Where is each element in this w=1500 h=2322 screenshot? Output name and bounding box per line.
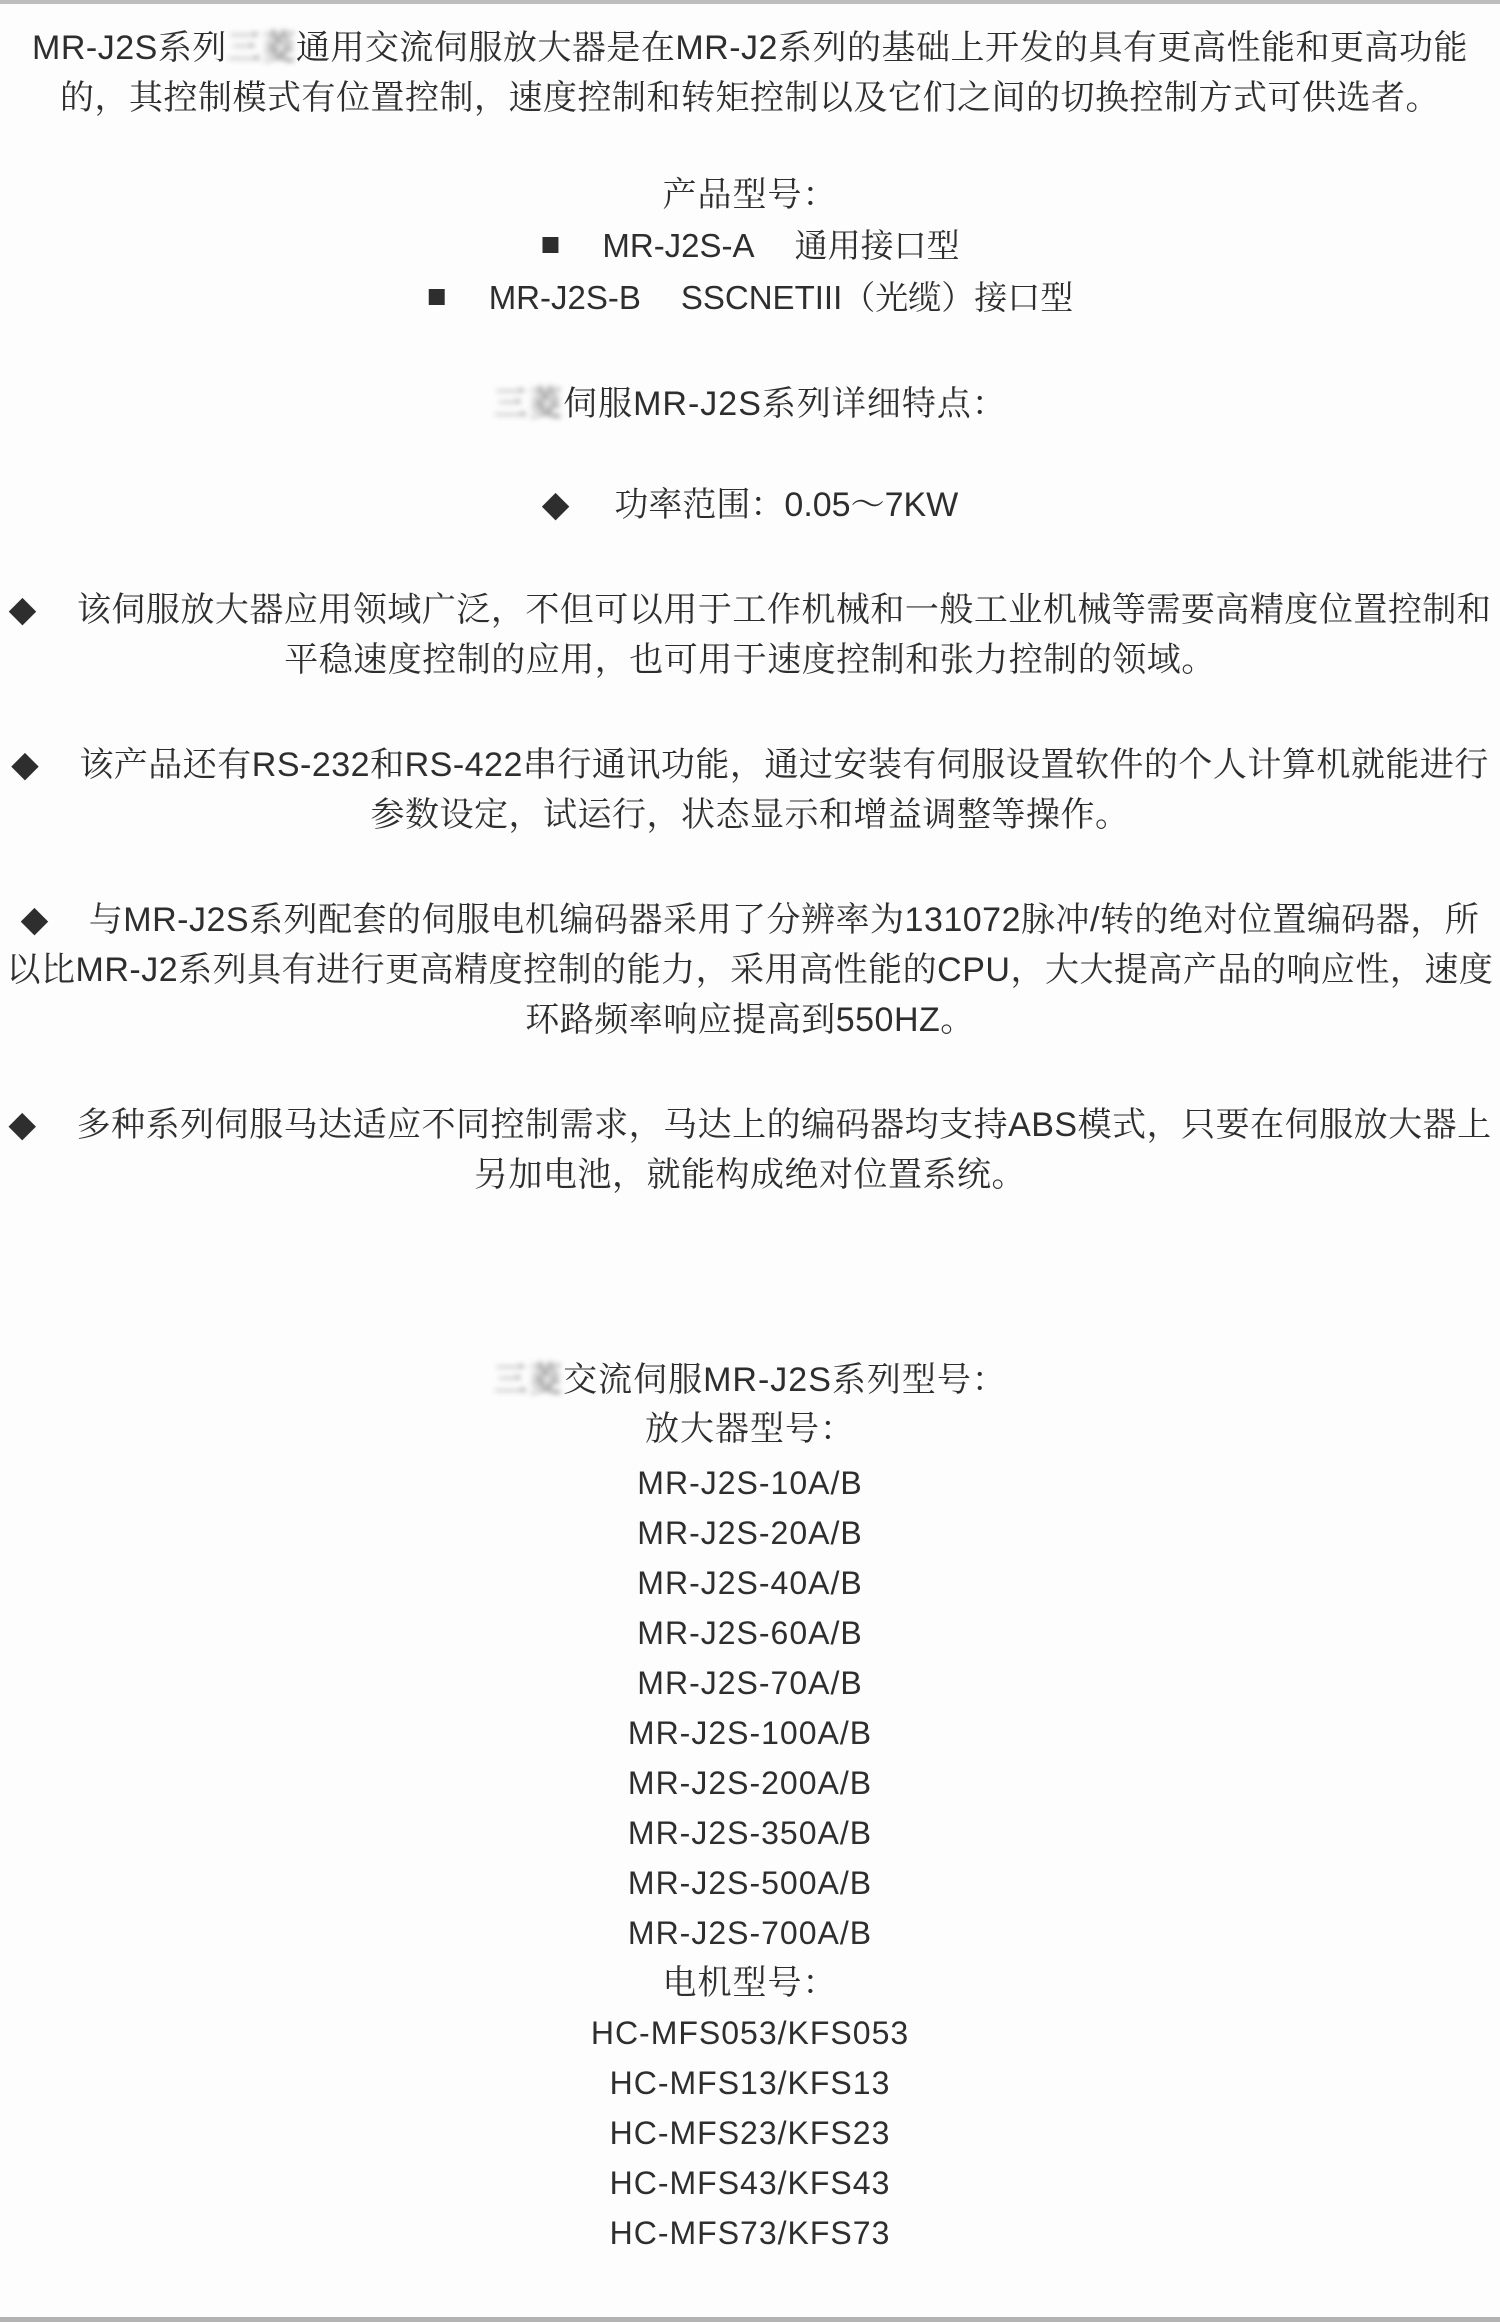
diamond-bullet-icon: ◆ <box>21 898 49 939</box>
blurred-brand-text: 三菱 <box>493 1361 563 1399</box>
intro-paragraph: MR-J2S系列三菱通用交流伺服放大器是在MR-J2系列的基础上开发的具有更高性… <box>10 0 1490 123</box>
feature-item: ◆该产品还有RS-232和RS-422串行通讯功能，通过安装有伺服设置软件的个人… <box>6 739 1494 840</box>
amplifier-model-item: MR-J2S-200A/B <box>0 1758 1500 1808</box>
feature-text: 多种系列伺服马达适应不同控制需求，马达上的编码器均支持ABS模式，只要在伺服放大… <box>77 1106 1492 1194</box>
motor-model-item: HC-MFS23/KFS23 <box>0 2108 1500 2158</box>
power-range-line: ◆功率范围：0.05～7KW <box>0 479 1500 530</box>
feature-item: ◆与MR-J2S系列配套的伺服电机编码器采用了分辨率为131072脉冲/转的绝对… <box>6 894 1494 1045</box>
amplifier-models-heading: 放大器型号： <box>0 1405 1500 1453</box>
power-range-text: 功率范围：0.05～7KW <box>614 486 958 524</box>
motor-model-list: HC-MFS053/KFS053HC-MFS13/KFS13HC-MFS23/K… <box>0 2008 1500 2258</box>
diamond-bullet-icon: ◆ <box>9 588 37 629</box>
amplifier-model-item: MR-J2S-100A/B <box>0 1708 1500 1758</box>
diamond-bullet-icon: ◆ <box>542 483 570 524</box>
features-heading-text: 伺服MR-J2S系列详细特点： <box>563 385 1007 423</box>
motor-models-heading: 电机型号： <box>0 1958 1500 2008</box>
top-border <box>0 0 1500 4</box>
motor-model-item: HC-MFS73/KFS73 <box>0 2208 1500 2258</box>
product-model-code: MR-J2S-B <box>489 279 641 316</box>
feature-item: ◆多种系列伺服马达适应不同控制需求，马达上的编码器均支持ABS模式，只要在伺服放… <box>6 1099 1494 1200</box>
product-model-item: ■MR-J2S-A通用接口型 <box>0 220 1500 272</box>
intro-text-before: MR-J2S系列 <box>32 29 227 67</box>
bottom-border <box>0 2317 1500 2322</box>
amplifier-model-item: MR-J2S-40A/B <box>0 1558 1500 1608</box>
blurred-brand-text: 三菱 <box>227 29 296 67</box>
motor-model-item: HC-MFS13/KFS13 <box>0 2058 1500 2108</box>
square-bullet-icon: ■ <box>427 270 447 322</box>
product-model-desc: SSCNETIII（光缆）接口型 <box>681 279 1073 316</box>
amplifier-model-item: MR-J2S-70A/B <box>0 1658 1500 1708</box>
amplifier-model-item: MR-J2S-20A/B <box>0 1508 1500 1558</box>
amplifier-model-item: MR-J2S-350A/B <box>0 1808 1500 1858</box>
product-model-desc: 通用接口型 <box>795 227 960 264</box>
features-heading: 三菱伺服MR-J2S系列详细特点： <box>0 379 1500 429</box>
models-section-heading: 三菱交流伺服MR-J2S系列型号： <box>0 1355 1500 1405</box>
models-section-heading-text: 交流伺服MR-J2S系列型号： <box>563 1361 1007 1399</box>
diamond-bullet-icon: ◆ <box>11 743 39 784</box>
feature-list: ◆该伺服放大器应用领域广泛，不但可以用于工作机械和一般工业机械等需要高精度位置控… <box>0 584 1500 1200</box>
blurred-brand-text: 三菱 <box>493 385 563 423</box>
amplifier-model-item: MR-J2S-700A/B <box>0 1908 1500 1958</box>
amplifier-model-item: MR-J2S-500A/B <box>0 1858 1500 1908</box>
motor-model-item: HC-MFS43/KFS43 <box>0 2158 1500 2208</box>
product-model-item: ■MR-J2S-BSSCNETIII（光缆）接口型 <box>0 272 1500 324</box>
product-model-code: MR-J2S-A <box>602 227 754 264</box>
square-bullet-icon: ■ <box>540 218 560 270</box>
motor-model-item: HC-MFS053/KFS053 <box>0 2008 1500 2058</box>
feature-text: 该伺服放大器应用领域广泛，不但可以用于工作机械和一般工业机械等需要高精度位置控制… <box>77 591 1492 679</box>
amplifier-model-item: MR-J2S-10A/B <box>0 1458 1500 1508</box>
product-model-list: ■MR-J2S-A通用接口型■MR-J2S-BSSCNETIII（光缆）接口型 <box>0 220 1500 324</box>
document-page: MR-J2S系列三菱通用交流伺服放大器是在MR-J2系列的基础上开发的具有更高性… <box>0 0 1500 2322</box>
feature-text: 与MR-J2S系列配套的伺服电机编码器采用了分辨率为131072脉冲/转的绝对位… <box>7 901 1494 1039</box>
amplifier-model-item: MR-J2S-60A/B <box>0 1608 1500 1658</box>
feature-text: 该产品还有RS-232和RS-422串行通讯功能，通过安装有伺服设置软件的个人计… <box>79 746 1489 834</box>
product-models-heading: 产品型号： <box>0 170 1500 220</box>
diamond-bullet-icon: ◆ <box>8 1103 36 1144</box>
amplifier-model-list: MR-J2S-10A/BMR-J2S-20A/BMR-J2S-40A/BMR-J… <box>0 1458 1500 1958</box>
feature-item: ◆该伺服放大器应用领域广泛，不但可以用于工作机械和一般工业机械等需要高精度位置控… <box>6 584 1494 685</box>
